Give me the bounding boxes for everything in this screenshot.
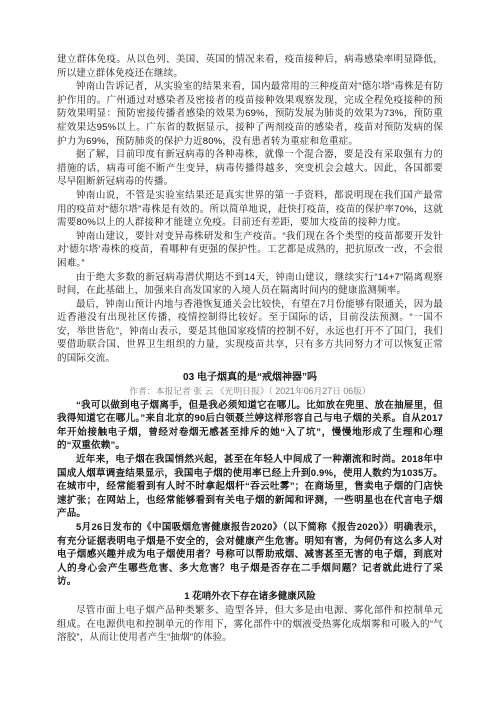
subsection-title: 1 花哨外衣下存在诸多健康风险 (57, 590, 443, 604)
paragraph: 由于绝大多数的新冠病毒潜伏期达不到14天，钟南山建议，继续实行“14+7”隔离观… (57, 271, 443, 298)
lead-paragraph: 5月26日发布的《中国吸烟危害健康报告2020》（以下简称《报告2020》）明确… (57, 521, 443, 589)
paragraph: 建立群体免疫。从以色列、美国、英国的情况来看，疫苗接种后，病毒感染率明显降低，所… (57, 53, 443, 80)
paragraph: 尽管市面上电子烟产品种类繁多、造型各异，但大多是由电源、雾化部件和控制单元组成。… (57, 604, 443, 645)
paragraph: 钟南山告诉记者，从实验室的结果来看，国内最常用的三种疫苗对“德尔塔”毒株是有防护… (57, 80, 443, 148)
paragraph: 最后，钟南山预计内地与香港恢复通关会比较快，有望在7月份能够有限通关，因为最近香… (57, 298, 443, 366)
document-page: 建立群体免疫。从以色列、美国、英国的情况来看，疫苗接种后，病毒感染率明显降低，所… (0, 0, 500, 707)
page-content: 建立群体免疫。从以色列、美国、英国的情况来看，疫苗接种后，病毒感染率明显降低，所… (57, 53, 443, 645)
paragraph: 据了解，目前印度有新冠病毒的各种毒株，就像一个混合器，要是没有采取强有力的措施的… (57, 148, 443, 189)
byline: 作者：本报记者 张 云 《光明日报》（ 2021年06月27日 06版） (57, 385, 443, 398)
article-title: 03 电子烟真的是“戒烟神器”吗 (57, 371, 443, 385)
paragraph: 钟南山建议，要针对变异毒株研发和生产疫苗。“我们现在各个类型的疫苗都要开发针对‘… (57, 230, 443, 271)
lead-paragraph: 近年来，电子烟在我国悄然兴起，甚至在年轻人中间成了一种潮流和时尚。2018年中国… (57, 453, 443, 521)
lead-paragraph: “我可以做到电子烟离手，但是我必须知道它在哪儿。比如放在兜里、放在抽屉里，但我得… (57, 399, 443, 453)
paragraph: 钟南山说，不管是实验室结果还是真实世界的第一手资料，都说明现在我们国产最常用的疫… (57, 189, 443, 230)
